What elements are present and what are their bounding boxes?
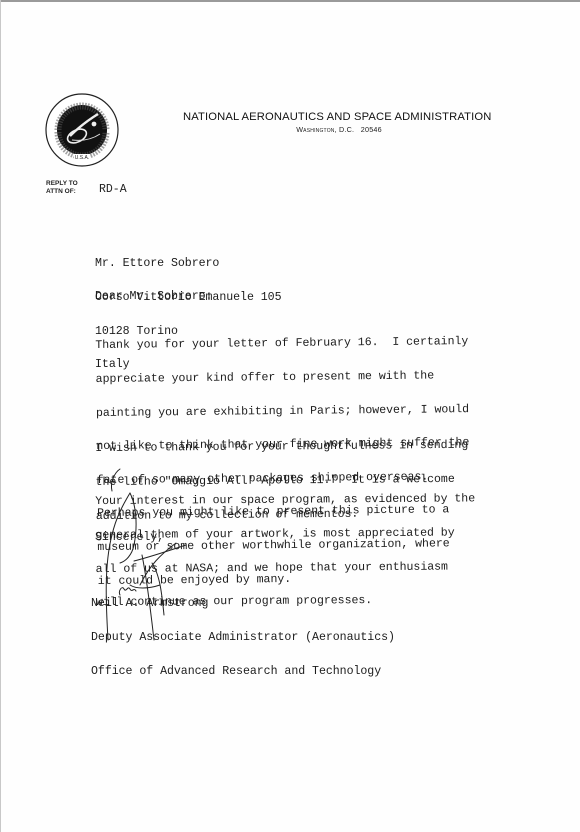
svg-text:U.S.A.: U.S.A.	[75, 155, 89, 161]
signatory-name: Neil A. Armstrong	[91, 598, 395, 609]
signatory-office: Office of Advanced Research and Technolo…	[91, 666, 395, 677]
text-line: painting you are exhibiting in Paris; ho…	[96, 404, 469, 419]
reply-code: RD-A	[99, 183, 127, 196]
reply-label-line: REPLY TO	[46, 180, 78, 188]
text-line: appreciate your kind offer to present me…	[96, 370, 469, 385]
nasa-seal-icon: U.S.A.	[44, 92, 120, 168]
text-line: all of us at NASA; and we hope that your…	[96, 561, 476, 575]
text-line: I wish to thank you for your thoughtfuln…	[95, 440, 468, 454]
scan-edge	[0, 0, 580, 2]
signatory-title: Deputy Associate Administrator (Aeronaut…	[91, 632, 395, 643]
letterhead: NATIONAL AERONAUTICS AND SPACE ADMINISTR…	[150, 111, 490, 134]
agency-zip: 20546	[361, 125, 382, 134]
reply-to-label: REPLY TO ATTN OF:	[46, 180, 78, 195]
closing: Sincerely,	[95, 532, 164, 543]
text-line: Your interest in our space program, as e…	[95, 494, 475, 508]
agency-city: Washington, D.C.	[296, 125, 354, 134]
scan-edge	[0, 0, 1, 832]
agency-name: NATIONAL AERONAUTICS AND SPACE ADMINISTR…	[183, 111, 490, 123]
signature-block: Neil A. Armstrong Deputy Associate Admin…	[91, 576, 395, 699]
agency-address: Washington, D.C. 20546	[188, 125, 490, 134]
text-line: Thank you for your letter of February 16…	[95, 336, 468, 351]
reply-label-line: ATTN OF:	[46, 188, 78, 196]
letter-page: U.S.A. NATIONAL AERONAUTICS AND SPACE AD…	[0, 0, 580, 832]
salutation: Dear Mr. Sobrero:	[95, 291, 212, 302]
recipient-line: Mr. Ettore Sobrero	[95, 258, 282, 269]
